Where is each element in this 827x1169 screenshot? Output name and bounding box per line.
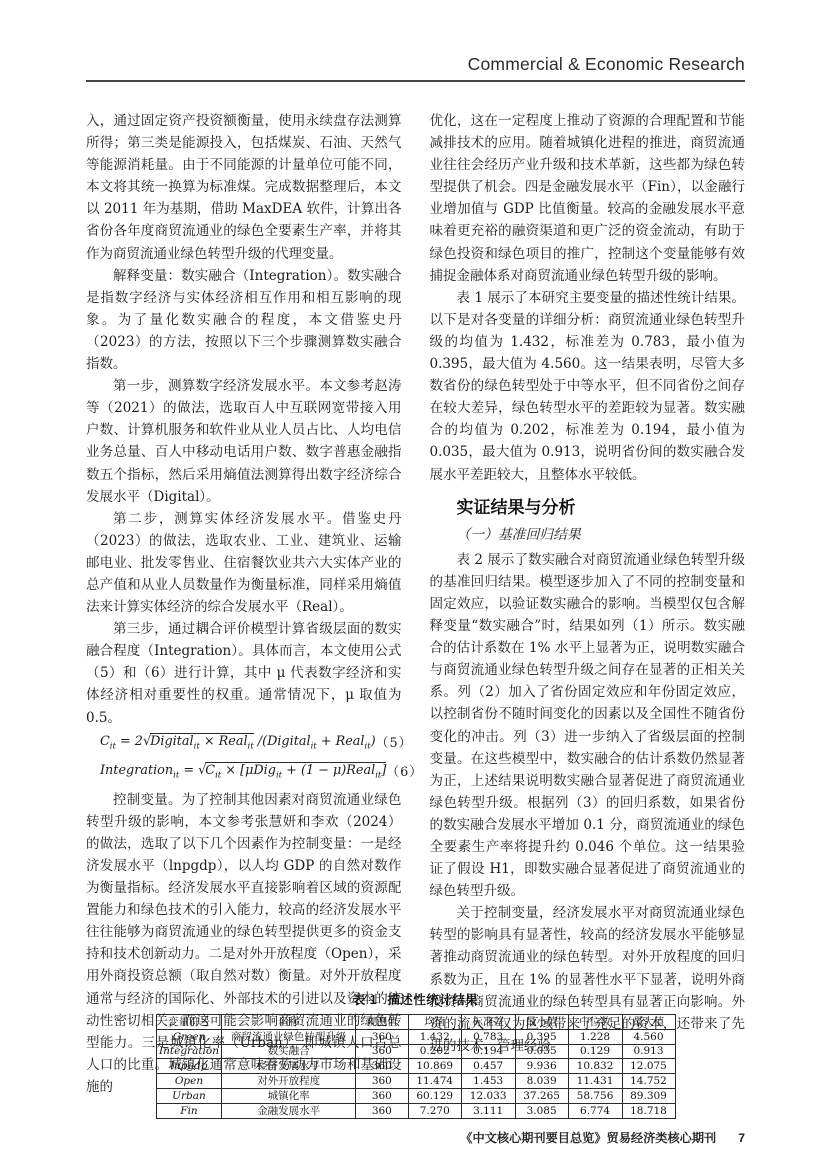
- table-1-caption-title: 描述性统计结果: [387, 993, 478, 1007]
- table-cell: lnpgdp: [156, 1059, 222, 1074]
- journal-title: Commercial & Economic Research: [468, 54, 745, 75]
- right-column: 优化，这在一定程度上推动了资源的合理配置和节能减排技术的应用。随着城镇化进程的推…: [430, 110, 746, 1098]
- table-cell: 360: [355, 1059, 408, 1074]
- table-cell: 城镇化率: [222, 1088, 355, 1103]
- paragraph-step-three: 第三步，通过耦合评价模型计算省级层面的数实融合程度（Integration）。具…: [86, 618, 402, 728]
- table-cell: 360: [355, 1044, 408, 1059]
- footer-journal-note: 《中文核心期刊要目总览》贸易经济类核心期刊: [460, 1129, 716, 1146]
- table-cell: 9.936: [515, 1059, 568, 1074]
- page-number: 7: [738, 1131, 745, 1145]
- table-cell: 360: [355, 1029, 408, 1044]
- table-cell: Urban: [156, 1088, 222, 1103]
- paragraph-table1-description: 表 1 展示了本研究主要变量的描述性统计结果。以下是对各变量的详细分析：商贸流通…: [430, 287, 746, 486]
- paragraph-explanatory-variable: 解释变量：数实融合（Integration）。数实融合是指数字经济与实体经济相互…: [86, 265, 402, 375]
- table-cell: 0.395: [515, 1029, 568, 1044]
- col-header-std-dev: 标准差: [461, 1015, 515, 1030]
- formula-5: Cit = 2√Digitalit × Realit /(Digitalit +…: [86, 730, 402, 759]
- table-cell: Open: [156, 1074, 222, 1089]
- table-cell: 360: [355, 1088, 408, 1103]
- paragraph-step-two: 第二步，测算实体经济发展水平。借鉴史丹（2023）的做法，选取农业、工业、建筑业…: [86, 508, 402, 618]
- table-cell: 8.039: [515, 1074, 568, 1089]
- table-cell: 12.075: [622, 1059, 675, 1074]
- table-cell: 11.431: [568, 1074, 622, 1089]
- table-cell: 10.832: [568, 1059, 622, 1074]
- descriptive-statistics-table: 变量符号 名称 观测值 均值 标准差 最小值 中位数 最大值 Green 商贸流…: [156, 1014, 676, 1119]
- formula-6-number: （6）: [386, 761, 423, 785]
- table-cell: 6.774: [568, 1103, 622, 1118]
- table-cell: 60.129: [408, 1088, 461, 1103]
- paragraph-inputs-continuation: 入，通过固定资产投资额衡量，使用永续盘存法测算所得；第三类是能源投入，包括煤炭、…: [86, 110, 402, 265]
- table-cell: 数实融合: [222, 1044, 355, 1059]
- table-cell: 1.228: [568, 1029, 622, 1044]
- section-heading-empirical-results: 实证结果与分析: [430, 497, 746, 519]
- table-cell: 89.309: [622, 1088, 675, 1103]
- table-cell: 0.202: [408, 1044, 461, 1059]
- table-cell: Fin: [156, 1103, 222, 1118]
- paragraph-urbanization-continuation: 优化，这在一定程度上推动了资源的合理配置和节能减排技术的应用。随着城镇化进程的推…: [430, 110, 746, 287]
- table-cell: 4.560: [622, 1029, 675, 1044]
- table-header-row: 变量符号 名称 观测值 均值 标准差 最小值 中位数 最大值: [156, 1015, 675, 1030]
- table-cell: 18.718: [622, 1103, 675, 1118]
- col-header-mean: 均值: [408, 1015, 461, 1030]
- formula-6-expression: Integrationit = √Cit × [μDigit + (1 − μ)…: [100, 759, 386, 788]
- table-cell: 10.869: [408, 1059, 461, 1074]
- page-footer: 《中文核心期刊要目总览》贸易经济类核心期刊 7: [460, 1129, 745, 1146]
- table-cell: 0.194: [461, 1044, 515, 1059]
- paragraph-step-one: 第一步，测算数字经济发展水平。本文参考赵涛等（2021）的做法，选取百人中互联网…: [86, 375, 402, 508]
- table-cell: 经济发展水平: [222, 1059, 355, 1074]
- col-header-median: 中位数: [568, 1015, 622, 1030]
- table-1-section: 表 1描述性统计结果 变量符号 名称 观测值 均值 标准差 最小值 中位数 最大…: [86, 990, 745, 1119]
- subsection-heading-baseline-regression: （一）基准回归结果: [430, 524, 746, 546]
- table-cell: 360: [355, 1074, 408, 1089]
- article-body: 入，通过固定资产投资额衡量，使用永续盘存法测算所得；第三类是能源投入，包括煤炭、…: [86, 110, 745, 1098]
- paragraph-baseline-regression: 表 2 展示了数实融合对商贸流通业绿色转型升级的基准回归结果。模型逐步加入了不同…: [430, 549, 746, 903]
- table-row-lnpgdp: lnpgdp 经济发展水平 360 10.869 0.457 9.936 10.…: [156, 1059, 675, 1074]
- table-row-integration: Integration 数实融合 360 0.202 0.194 0.035 0…: [156, 1044, 675, 1059]
- table-row-green: Green 商贸流通业绿色转型升级 360 1.432 0.783 0.395 …: [156, 1029, 675, 1044]
- table-cell: 0.035: [515, 1044, 568, 1059]
- left-column: 入，通过固定资产投资额衡量，使用永续盘存法测算所得；第三类是能源投入，包括煤炭、…: [86, 110, 402, 1098]
- table-cell: 金融发展水平: [222, 1103, 355, 1118]
- table-cell: 商贸流通业绿色转型升级: [222, 1029, 355, 1044]
- header-rule: [86, 80, 745, 82]
- table-row-fin: Fin 金融发展水平 360 7.270 3.111 3.085 6.774 1…: [156, 1103, 675, 1118]
- formula-5-expression: Cit = 2√Digitalit × Realit /(Digitalit +…: [100, 730, 376, 759]
- table-cell: 3.085: [515, 1103, 568, 1118]
- table-cell: 58.756: [568, 1088, 622, 1103]
- table-1-caption-label: 表 1: [353, 993, 377, 1007]
- table-row-open: Open 对外开放程度 360 11.474 1.453 8.039 11.43…: [156, 1074, 675, 1089]
- paper-page: Commercial & Economic Research 入，通过固定资产投…: [0, 0, 827, 1169]
- table-cell: 0.129: [568, 1044, 622, 1059]
- table-cell: 360: [355, 1103, 408, 1118]
- table-cell: 37.265: [515, 1088, 568, 1103]
- table-cell: 11.474: [408, 1074, 461, 1089]
- table-cell: 7.270: [408, 1103, 461, 1118]
- formula-5-number: （5）: [376, 732, 413, 756]
- table-cell: 对外开放程度: [222, 1074, 355, 1089]
- col-header-name: 名称: [222, 1015, 355, 1030]
- table-cell: 1.453: [461, 1074, 515, 1089]
- col-header-min: 最小值: [515, 1015, 568, 1030]
- table-row-urban: Urban 城镇化率 360 60.129 12.033 37.265 58.7…: [156, 1088, 675, 1103]
- table-1-caption: 表 1描述性统计结果: [86, 990, 745, 1008]
- table-cell: 0.783: [461, 1029, 515, 1044]
- table-cell: 0.913: [622, 1044, 675, 1059]
- table-cell: 0.457: [461, 1059, 515, 1074]
- col-header-observations: 观测值: [355, 1015, 408, 1030]
- table-cell: Integration: [156, 1044, 222, 1059]
- col-header-max: 最大值: [622, 1015, 675, 1030]
- col-header-variable-symbol: 变量符号: [156, 1015, 222, 1030]
- table-cell: 1.432: [408, 1029, 461, 1044]
- table-cell: 3.111: [461, 1103, 515, 1118]
- table-cell: 14.752: [622, 1074, 675, 1089]
- table-cell: 12.033: [461, 1088, 515, 1103]
- formula-6: Integrationit = √Cit × [μDigit + (1 − μ)…: [86, 759, 402, 788]
- table-cell: Green: [156, 1029, 222, 1044]
